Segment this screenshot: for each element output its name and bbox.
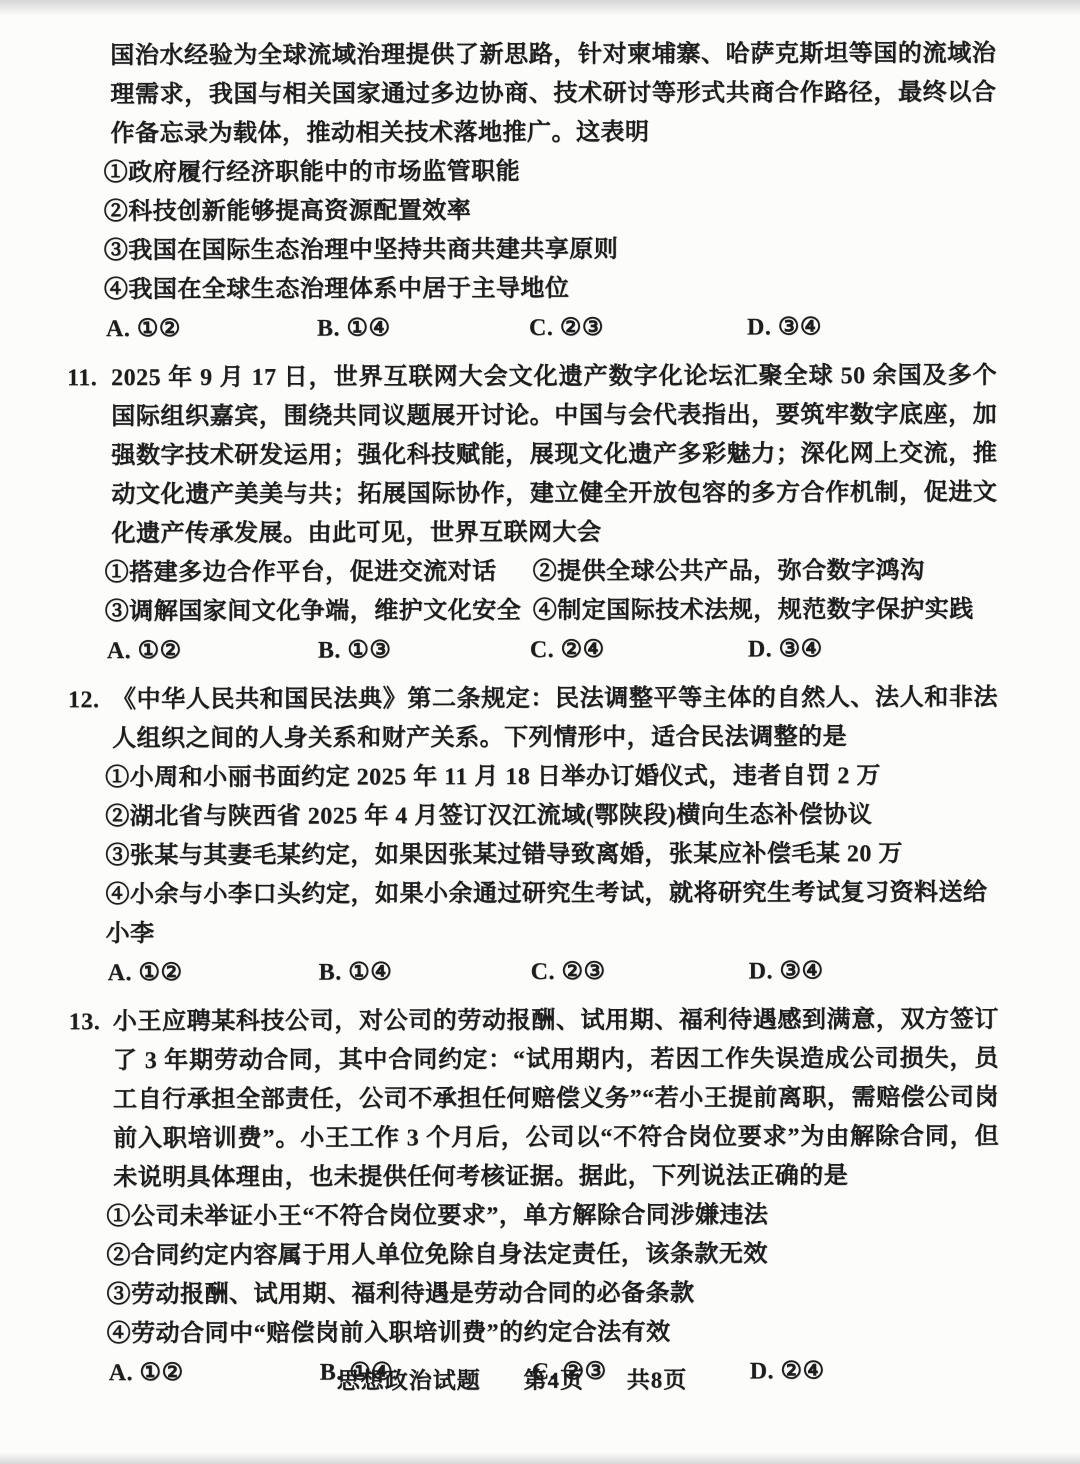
exam-page: 国治水经验为全球流域治理提供了新思路，针对柬埔寨、哈萨克斯坦等国的流域治理需求，… [0, 0, 1080, 1464]
question-block: 11.2025 年 9 月 17 日，世界互联网大会文化遗产数字化论坛汇聚全球 … [0, 357, 1080, 672]
choice-option: A. ①② [106, 310, 317, 350]
option-item: ③调解国家间文化争端，维护文化安全 [105, 592, 533, 632]
option-item: ②科技创新能够提高资源配置效率 [104, 198, 472, 225]
option-row: ①搭建多边合作平台，促进交流对话②提供全球公共产品，弥合数字鸿沟 [105, 552, 998, 593]
question-block: 12.《中华人民共和国民法典》第二条规定：民法调整平等主体的自然人、法人和非法人… [0, 679, 1080, 994]
option-row: ③劳动报酬、试用期、福利待遇是劳动合同的必备条款 [106, 1274, 999, 1315]
option-row: ②湖北省与陕西省 2025 年 4 月签订汉江流域(鄂陕段)横向生态补偿协议 [105, 796, 998, 837]
option-item: ②湖北省与陕西省 2025 年 4 月签订汉江流域(鄂陕段)横向生态补偿协议 [105, 802, 872, 830]
question-stem: 2025 年 9 月 17 日，世界互联网大会文化遗产数字化论坛汇聚全球 50 … [111, 357, 998, 554]
question-number: 13. [69, 1003, 113, 1042]
option-row: ②科技创新能够提高资源配置效率 [104, 191, 997, 232]
footer-page-total: 共8页 [627, 1368, 688, 1393]
choice-option: D. ③④ [747, 308, 997, 348]
footer-doc-title: 思想政治试题 [337, 1368, 481, 1393]
option-item: ③张某与其妻毛某约定，如果因张某过错导致离婚，张某应补偿毛某 20 万 [105, 841, 903, 869]
option-row: ④劳动合同中“赔偿岗前入职培训费”的约定合法有效 [107, 1313, 1000, 1354]
option-row: ①政府履行经济职能中的市场监管职能 [104, 152, 997, 193]
choice-option: B. ①④ [319, 953, 531, 993]
option-item: ④小余与小李口头约定，如果小余通过研究生考试，就将研究生考试复习资料送给小李 [105, 880, 987, 947]
footer-page-number: 第4页 [523, 1368, 584, 1393]
choice-option: C. ②③ [529, 308, 747, 348]
option-item: ①政府履行经济职能中的市场监管职能 [104, 159, 521, 186]
choice-row: A. ①②B. ①④C. ②③D. ③④ [108, 952, 999, 993]
option-row: ③张某与其妻毛某约定，如果因张某过错导致离婚，张某应补偿毛某 20 万 [105, 835, 998, 876]
option-item: ③劳动报酬、试用期、福利待遇是劳动合同的必备条款 [106, 1281, 694, 1309]
choice-option: A. ①② [108, 954, 319, 994]
choice-row: A. ①②B. ①④C. ②③D. ③④ [106, 308, 997, 349]
option-row: ②合同约定内容属于用人单位免除自身法定责任，该条款无效 [106, 1235, 999, 1276]
option-item: ④制定国际技术法规，规范数字保护实践 [533, 591, 974, 631]
option-item: ②提供全球公共产品，弥合数字鸿沟 [533, 552, 925, 592]
question-number: 12. [68, 681, 112, 720]
page-footer: 思想政治试题 第4页 共8页 [0, 1365, 1052, 1398]
question-stem: 小王应聘某科技公司，对公司的劳动报酬、试用期、福利待遇感到满意，双方签订了 3 … [113, 1001, 1000, 1198]
choice-option: D. ③④ [748, 630, 998, 670]
choice-option: D. ③④ [749, 952, 999, 992]
question-stem: 国治水经验为全球流域治理提供了新思路，针对柬埔寨、哈萨克斯坦等国的流域治理需求，… [110, 35, 996, 154]
option-item: ①公司未举证小王“不符合岗位要求”，单方解除合同涉嫌违法 [106, 1202, 768, 1230]
choice-option: C. ②③ [531, 952, 749, 992]
question-number: 11. [67, 359, 111, 398]
option-row: ③调解国家间文化争端，维护文化安全④制定国际技术法规，规范数字保护实践 [105, 591, 998, 632]
question-block: 13.小王应聘某科技公司，对公司的劳动报酬、试用期、福利待遇感到满意，双方签订了… [1, 1001, 1080, 1394]
option-item: ④劳动合同中“赔偿岗前入职培训费”的约定合法有效 [107, 1320, 671, 1347]
option-row: ④小余与小李口头约定，如果小余通过研究生考试，就将研究生考试复习资料送给小李 [105, 874, 998, 954]
choice-option: C. ②④ [530, 630, 748, 670]
scan-edge-top [0, 0, 1080, 16]
option-item: ②合同约定内容属于用人单位免除自身法定责任，该条款无效 [106, 1241, 768, 1269]
question-stem: 《中华人民共和国民法典》第二条规定：民法调整平等主体的自然人、法人和非法人组织之… [112, 679, 998, 759]
option-item: ①搭建多边合作平台，促进交流对话 [105, 553, 533, 593]
scan-edge-bottom [0, 1452, 1080, 1464]
option-row: ①公司未举证小王“不符合岗位要求”，单方解除合同涉嫌违法 [106, 1196, 999, 1237]
option-item: ③我国在国际生态治理中坚持共商共建共享原则 [104, 237, 619, 264]
choice-row: A. ①②B. ①③C. ②④D. ③④ [107, 630, 998, 671]
choice-option: A. ①② [107, 632, 318, 672]
option-row: ①小周和小丽书面约定 2025 年 11 月 18 日举办订婚仪式，违者自罚 2… [105, 757, 998, 798]
option-item: ①小周和小丽书面约定 2025 年 11 月 18 日举办订婚仪式，违者自罚 2… [105, 763, 881, 791]
choice-option: B. ①③ [318, 631, 530, 671]
option-row: ③我国在国际生态治理中坚持共商共建共享原则 [104, 230, 997, 271]
question-block: 国治水经验为全球流域治理提供了新思路，针对柬埔寨、哈萨克斯坦等国的流域治理需求，… [0, 35, 1079, 350]
option-row: ④我国在全球生态治理体系中居于主导地位 [104, 269, 997, 310]
choice-option: B. ①④ [317, 309, 529, 349]
questions-container: 国治水经验为全球流域治理提供了新思路，针对柬埔寨、哈萨克斯坦等国的流域治理需求，… [0, 35, 1080, 1404]
option-item: ④我国在全球生态治理体系中居于主导地位 [104, 276, 570, 303]
